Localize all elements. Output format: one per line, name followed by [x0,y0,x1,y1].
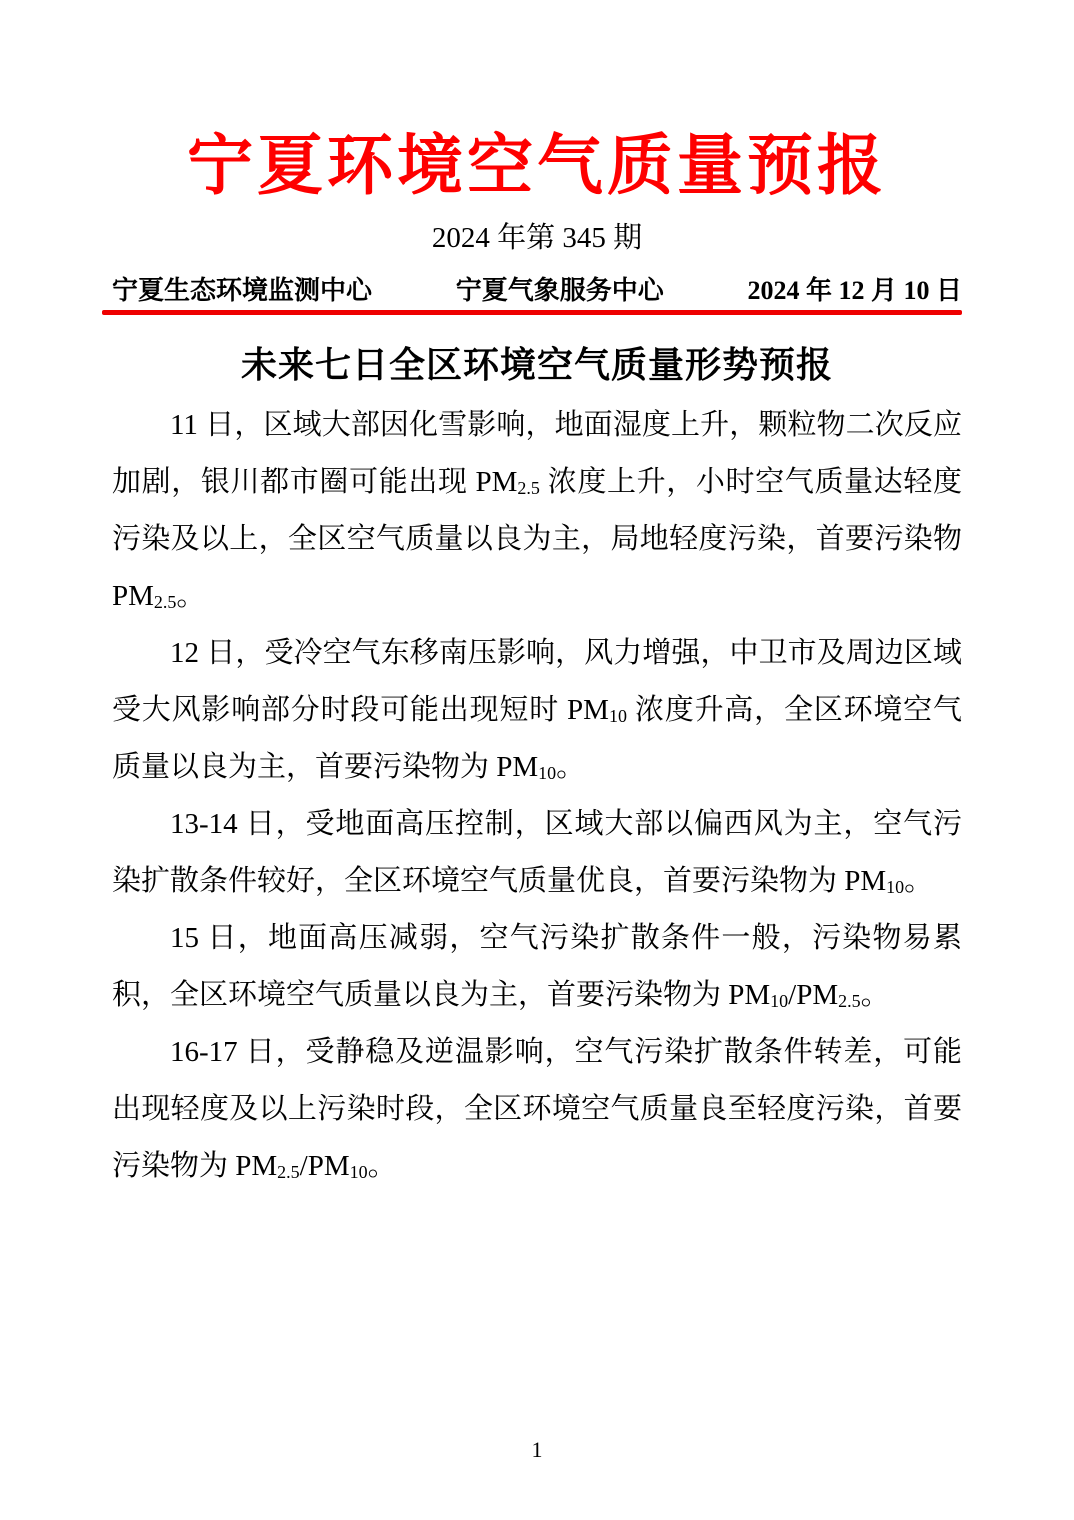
document-title: 宁夏环境空气质量预报 [112,130,962,204]
issuer-center: 宁夏气象服务中心 [456,276,664,306]
pm-subscript: 2.5 [838,991,860,1011]
forecast-paragraph-3: 13-14 日，受地面高压控制，区域大部以偏西风为主，空气污染扩散条件较好，全区… [112,796,962,910]
issuer-row: 宁夏生态环境监测中心 宁夏气象服务中心 2024 年 12 月 10 日 [112,276,962,306]
pm-subscript: 2.5 [154,592,176,612]
forecast-paragraph-4: 15 日，地面高压减弱，空气污染扩散条件一般，污染物易累积，全区环境空气质量以良… [112,910,962,1024]
pm-subscript: 10 [609,706,627,726]
pm-subscript: 2.5 [517,478,539,498]
forecast-paragraphs: 11 日，区域大部因化雪影响，地面湿度上升，颗粒物二次反应加剧，银川都市圈可能出… [112,397,962,1195]
pm-subscript: 10 [350,1162,368,1182]
issue-date: 2024 年 12 月 10 日 [747,276,962,306]
document-body: 未来七日全区环境空气质量形势预报 11 日，区域大部因化雪影响，地面湿度上升，颗… [112,343,962,1195]
issue-number: 2024 年第 345 期 [112,222,962,254]
forecast-paragraph-2: 12 日，受冷空气东移南压影响，风力增强，中卫市及周边区域受大风影响部分时段可能… [112,625,962,796]
document-page: 宁夏环境空气质量预报 2024 年第 345 期 宁夏生态环境监测中心 宁夏气象… [0,0,1074,1520]
document-header: 宁夏环境空气质量预报 2024 年第 345 期 宁夏生态环境监测中心 宁夏气象… [112,130,962,315]
issuer-left: 宁夏生态环境监测中心 [112,276,372,306]
pm-subscript: 10 [770,991,788,1011]
page-number: 1 [532,1437,543,1462]
pm-subscript: 2.5 [277,1162,299,1182]
red-divider-rule [102,310,962,315]
pm-subscript: 10 [538,763,556,783]
pm-subscript: 10 [886,877,904,897]
section-heading: 未来七日全区环境空气质量形势预报 [112,343,962,387]
document-footer: 1 [0,1438,1074,1462]
forecast-paragraph-1: 11 日，区域大部因化雪影响，地面湿度上升，颗粒物二次反应加剧，银川都市圈可能出… [112,397,962,625]
forecast-paragraph-5: 16-17 日，受静稳及逆温影响，空气污染扩散条件转差，可能出现轻度及以上污染时… [112,1024,962,1195]
